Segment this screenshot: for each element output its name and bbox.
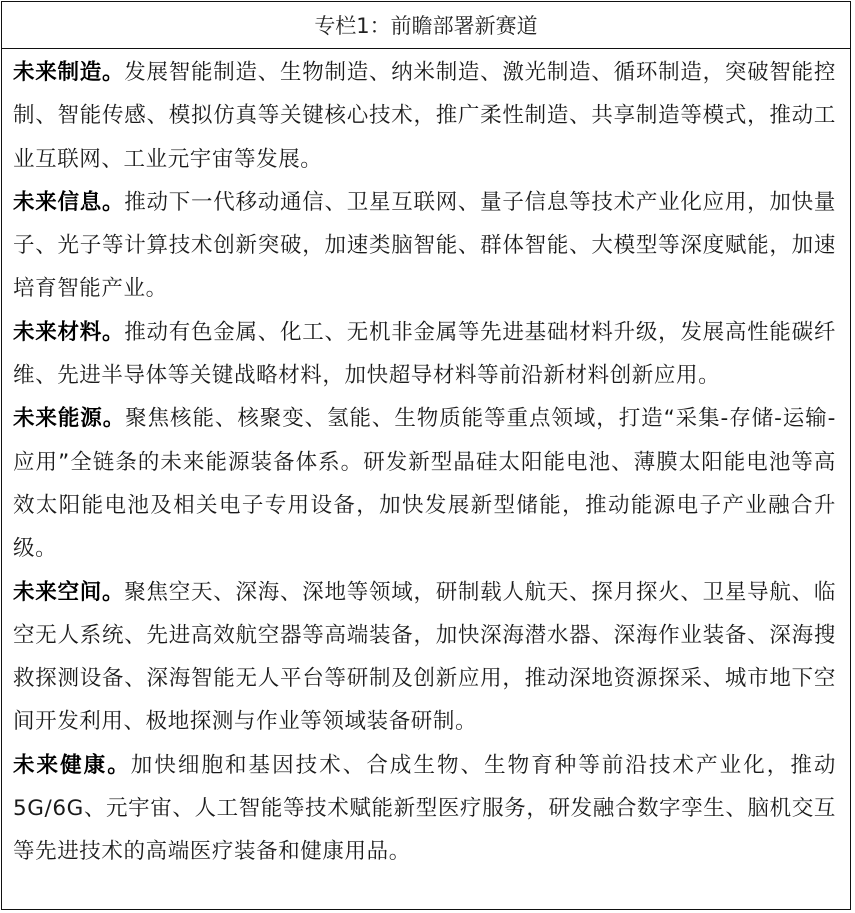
box-title: 专栏1：前瞻部署新赛道 bbox=[2, 2, 850, 49]
entry-future-materials: 未来材料。推动有色金属、化工、无机非金属等先进基础材料升级，发展高性能碳纤维、先… bbox=[13, 311, 836, 398]
entry-future-space: 未来空间。聚焦空天、深海、深地等领域，研制载人航天、探月探火、卫星导航、临空无人… bbox=[13, 571, 836, 744]
entry-lead: 未来健康。 bbox=[13, 753, 131, 778]
column-box: 专栏1：前瞻部署新赛道 未来制造。发展智能制造、生物制造、纳米制造、激光制造、循… bbox=[1, 1, 851, 910]
box-body: 未来制造。发展智能制造、生物制造、纳米制造、激光制造、循环制造，突破智能控制、智… bbox=[2, 49, 850, 874]
entry-future-information: 未来信息。推动下一代移动通信、卫星互联网、量子信息等技术产业化应用，加快量子、光… bbox=[13, 181, 836, 311]
entry-lead: 未来空间。 bbox=[13, 580, 124, 605]
entry-lead: 未来材料。 bbox=[13, 320, 124, 345]
entry-text: 推动有色金属、化工、无机非金属等先进基础材料升级，发展高性能碳纤维、先进半导体等… bbox=[13, 320, 836, 388]
entry-lead: 未来信息。 bbox=[13, 190, 124, 215]
entry-text: 聚焦核能、核聚变、氢能、生物质能等重点领域，打造“采集-存储-运输-应用”全链条… bbox=[13, 406, 836, 561]
entry-text: 推动下一代移动通信、卫星互联网、量子信息等技术产业化应用，加快量子、光子等计算技… bbox=[13, 190, 836, 302]
entry-text: 发展智能制造、生物制造、纳米制造、激光制造、循环制造，突破智能控制、智能传感、模… bbox=[13, 60, 836, 172]
entry-text: 聚焦空天、深海、深地等领域，研制载人航天、探月探火、卫星导航、临空无人系统、先进… bbox=[13, 580, 836, 735]
entry-future-manufacturing: 未来制造。发展智能制造、生物制造、纳米制造、激光制造、循环制造，突破智能控制、智… bbox=[13, 51, 836, 181]
entry-lead: 未来能源。 bbox=[13, 406, 125, 431]
entry-lead: 未来制造。 bbox=[13, 60, 124, 85]
entry-future-energy: 未来能源。聚焦核能、核聚变、氢能、生物质能等重点领域，打造“采集-存储-运输-应… bbox=[13, 397, 836, 570]
entry-text: 加快细胞和基因技术、合成生物、生物育种等前沿技术产业化，推动5G/6G、元宇宙、… bbox=[13, 753, 836, 865]
entry-future-health: 未来健康。加快细胞和基因技术、合成生物、生物育种等前沿技术产业化，推动5G/6G… bbox=[13, 744, 836, 874]
